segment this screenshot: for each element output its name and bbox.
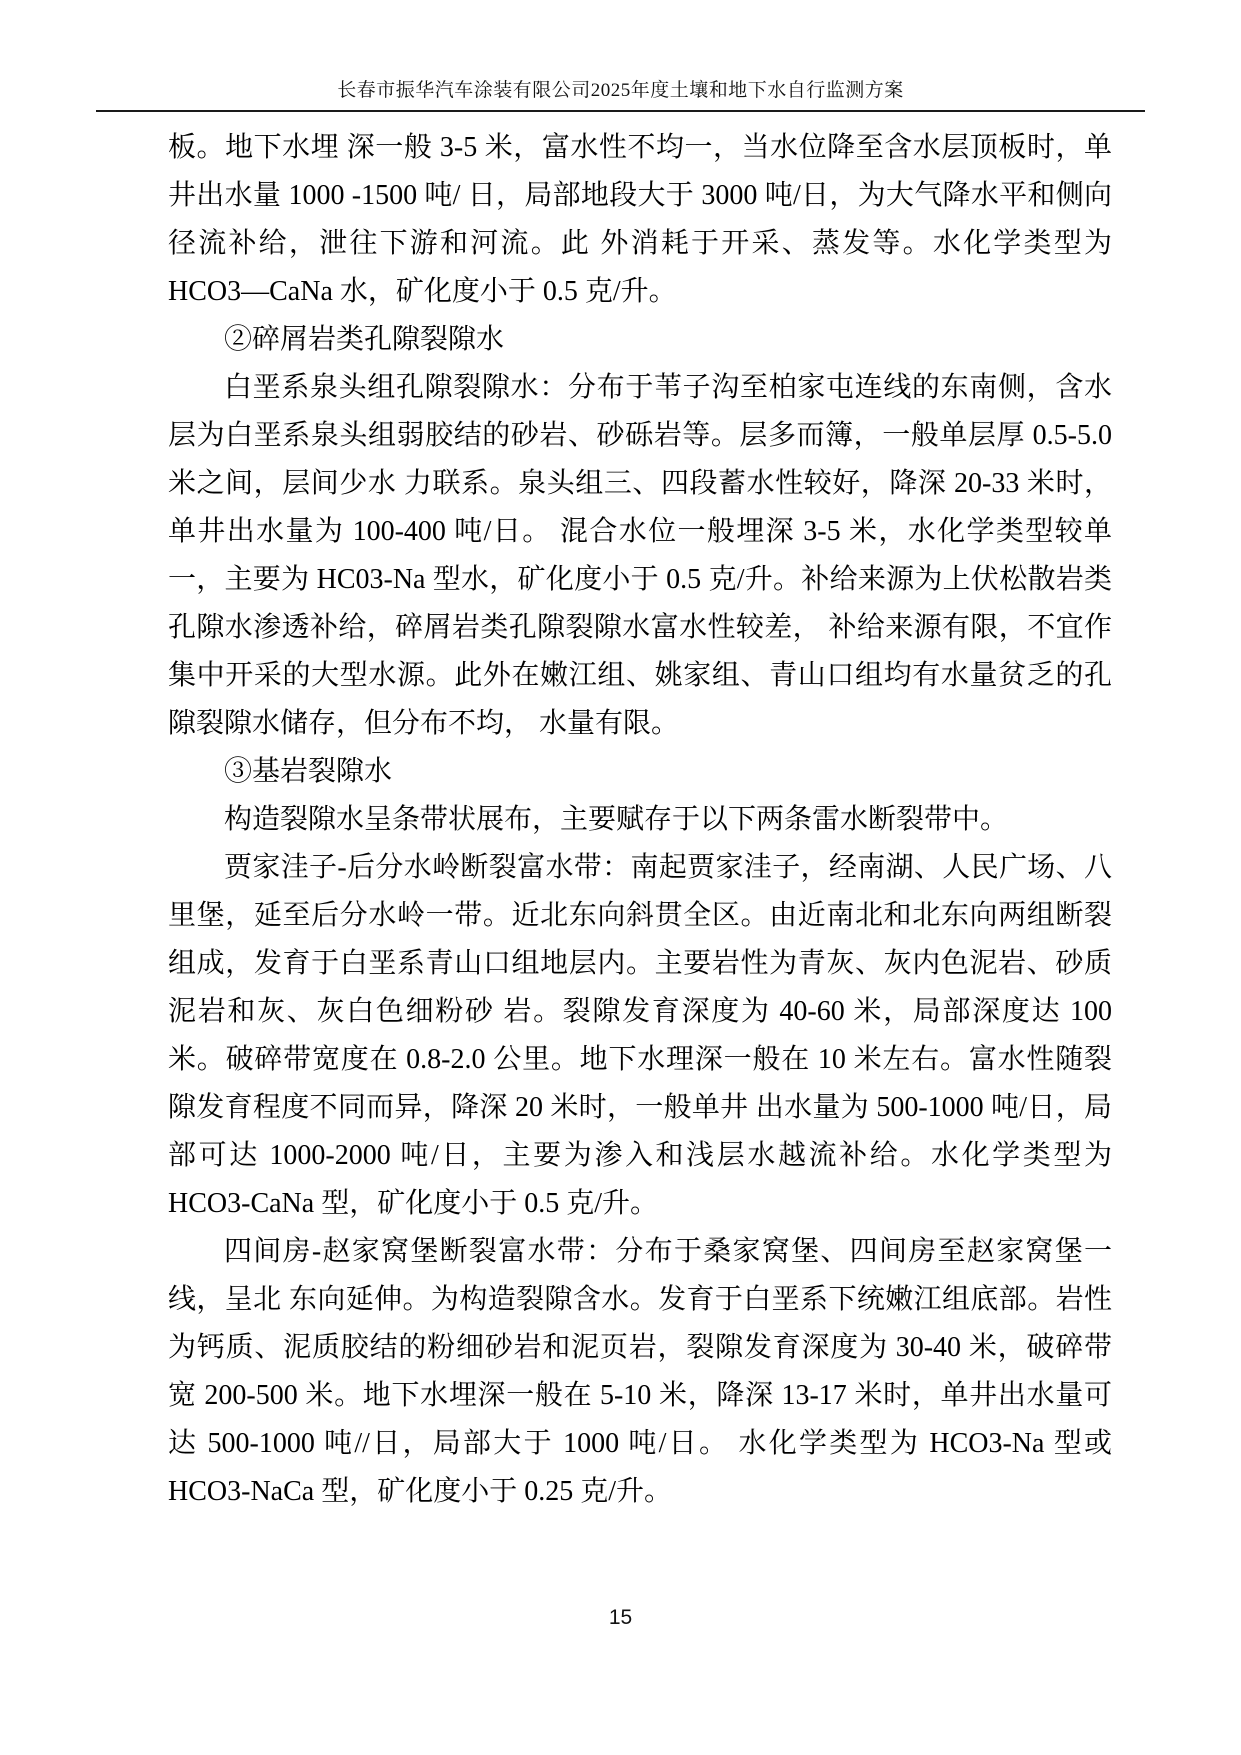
page-footer: 15	[0, 1606, 1241, 1630]
header-title: 长春市振华汽车涂装有限公司2025年度土壤和地下水自行监测方案	[337, 75, 904, 102]
paragraph: 四间房-赵家窝堡断裂富水带：分布于桑家窝堡、四间房至赵家窝堡一线，呈北 东向延伸…	[168, 1228, 1112, 1516]
paragraph: ②碎屑岩类孔隙裂隙水	[168, 316, 1112, 364]
page-number: 15	[609, 1606, 632, 1629]
paragraph: 白垩系泉头组孔隙裂隙水：分布于苇子沟至柏家屯连线的东南侧，含水层为白垩系泉头组弱…	[168, 364, 1112, 748]
document-page: 长春市振华汽车涂装有限公司2025年度土壤和地下水自行监测方案 板。地下水埋 深…	[0, 0, 1241, 1755]
document-body: 板。地下水埋 深一般 3-5 米，富水性不均一，当水位降至含水层顶板时，单井出水…	[168, 124, 1112, 1516]
paragraph: 贾家洼子-后分水岭断裂富水带：南起贾家洼子，经南湖、人民广场、八里堡，延至后分水…	[168, 844, 1112, 1228]
page-header: 长春市振华汽车涂装有限公司2025年度土壤和地下水自行监测方案	[96, 0, 1145, 112]
paragraph: 板。地下水埋 深一般 3-5 米，富水性不均一，当水位降至含水层顶板时，单井出水…	[168, 124, 1112, 316]
paragraph: ③基岩裂隙水	[168, 748, 1112, 796]
paragraph: 构造裂隙水呈条带状展布，主要赋存于以下两条雷水断裂带中。	[168, 796, 1112, 844]
